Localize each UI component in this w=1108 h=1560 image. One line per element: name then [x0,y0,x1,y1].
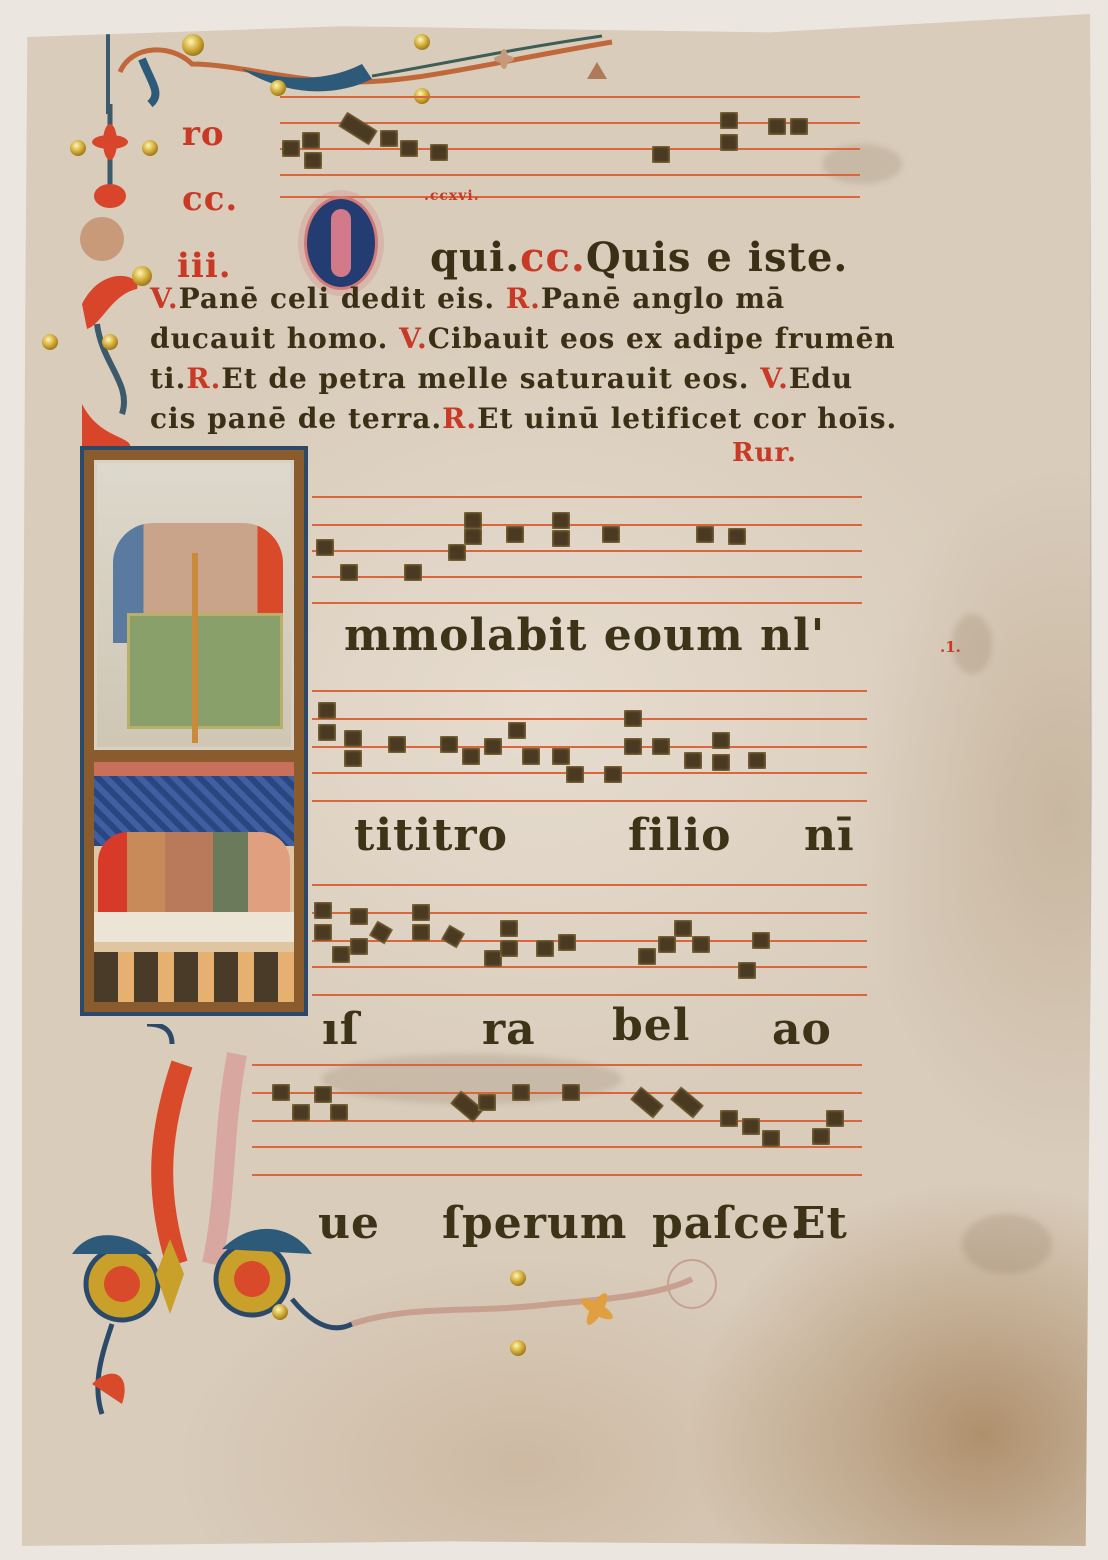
bottom-border-ornament [52,1024,732,1424]
miniature-last-supper [94,762,294,1002]
lyric-line: filio [628,810,731,861]
incipit-red: cc. [520,234,586,281]
marginal-rubric: cc. [182,179,238,219]
music-staff [280,96,860,206]
gold-dot [414,34,430,50]
gold-dot [102,334,118,350]
lyric-line: mmolabit eoum nl' [344,610,825,661]
gold-dot [132,266,152,286]
gold-dot [510,1340,526,1356]
incipit-black: qui. [430,234,520,281]
versicle-line: ducauit homo. V.Cibauit eos ex adipe fru… [150,322,896,355]
versicle-line: ti.R.Et de petra melle saturauit eos. V.… [150,362,853,395]
music-staff [312,690,867,800]
versicle-line: cis panē de terra.R.Et uinū letificet co… [150,402,897,435]
historiated-initial-panel [80,446,308,1016]
gold-dot [70,140,86,156]
versicle-line: V.Panē celi dedit eis. R.Panē anglo mā [150,282,785,315]
incipit-after: Quis e iste. [586,234,849,281]
marginal-rubric: iii. [177,246,232,286]
gold-dot [510,1270,526,1286]
gold-dot [182,34,204,56]
lyric-line: nī [804,810,855,861]
music-staff [312,884,867,994]
marginal-rubric: ro [182,114,225,154]
decorated-initial-o [304,196,378,290]
incipit-line: qui.cc.Quis e iste. [430,234,848,281]
stain [962,1214,1052,1274]
lyric-line: ao [772,1004,832,1055]
miniature-passover [94,460,294,750]
margin-note: .1. [940,638,961,656]
lyric-line: tititro [354,810,508,861]
manuscript-leaf: ro cc. iii. .ccxvi. qui.cc.Quis e iste. … [22,14,1090,1546]
gold-dot [270,80,286,96]
music-staff [312,484,862,594]
lyric-line: Et [792,1198,848,1249]
rubric-end: Rur. [732,438,797,468]
folio-mark: .ccxvi. [424,188,480,204]
gold-dot [142,140,158,156]
gold-dot [272,1304,288,1320]
gold-dot [42,334,58,350]
